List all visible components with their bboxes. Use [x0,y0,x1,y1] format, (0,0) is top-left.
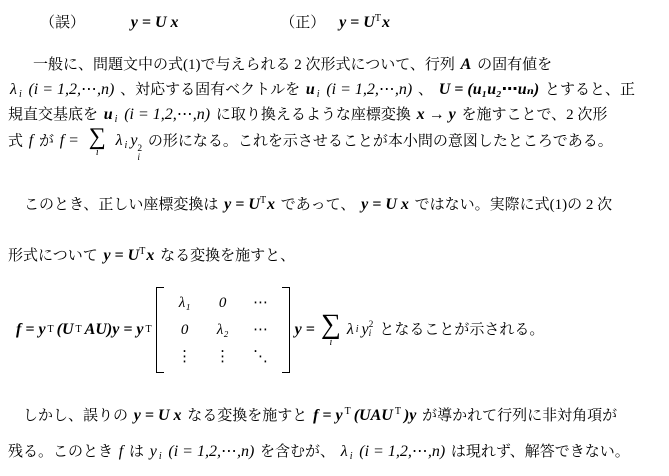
correct-formula-base: y = U [224,196,260,213]
correct-formula-base: y = U [339,14,375,31]
text-run: 形式について [8,248,98,264]
text-run: なる変換を施すと [187,408,307,424]
paragraph4-line2: 残る。このとき f は yi (i = 1,2,⋯,n) を含むが、 λi (i… [8,441,630,468]
y-symbol: y [150,443,157,460]
paragraph2-line2: λi (i = 1,2,⋯,n) 、対応する固有ベクトルを ui (i = 1,… [8,79,635,106]
U-column-formula: U = (u₁u₂⋯uₙ) [439,81,540,98]
text-run: このとき、正しい座標変換は [24,197,218,213]
formula-part: (U [57,319,74,341]
index-range: (i = 1,2,⋯,n) [28,81,114,98]
wrong-formula: y = U x [134,407,182,424]
correct-formula-x: x [267,196,275,213]
correct-formula-x: x [146,247,154,264]
text-run: を施すことで、2 次形 [461,107,607,123]
f-symbol: f [119,443,123,460]
formula-part: f = y [16,319,46,341]
y-sub-sup: 2i [369,321,374,339]
matrix-cell: 0 [219,292,227,314]
wrong-formula: y = U x [361,196,409,213]
index-range: (i = 1,2,⋯,n) [326,81,412,98]
display-formula: f = yT(UTAU)y = yT λ₁ 0 ⋯ 0 λ₂ ⋯ ⋮ ⋮ ⋱ y… [14,278,544,382]
text-run: であって、 [281,197,356,213]
transpose-superscript: T [76,319,82,341]
transpose-superscript: T [139,246,145,257]
transpose-superscript: T [260,195,266,206]
text-run: とすると、正 [545,82,635,98]
text-run: を含むが、 [260,444,335,460]
paragraph3-line1: このとき、正しい座標変換は y = UTx であって、 y = U x ではない… [24,190,612,216]
matrix-A-symbol: A [461,56,472,73]
text-run: 式 [8,133,23,149]
text-run: の固有値を [477,57,552,73]
coordinate-transform: x → y [417,106,456,123]
matrix-grid: λ₁ 0 ⋯ 0 λ₂ ⋯ ⋮ ⋮ ⋱ [164,287,282,373]
y-sub-sup: 2i [137,145,142,163]
summation-symbol: ∑i [89,126,106,158]
subscript-i: i [137,154,140,163]
matrix-cell: ⋯ [253,319,268,341]
text-run: 、対応する固有ベクトルを [120,82,300,98]
lambda-symbol: λ [116,132,123,149]
text-run: 残る。このとき [8,444,113,460]
lambda-symbol: λ [10,81,17,98]
matrix-cell: ⋯ [253,292,268,314]
transpose-superscript: T [395,406,401,417]
text-run: ではない。実際に式(1)の 2 次 [415,197,613,213]
u-symbol: u [306,81,315,98]
subscript-i: i [19,89,22,100]
matrix-cell: ⋮ [215,346,230,368]
subscript-i: i [356,319,359,341]
subscript-i: i [115,114,118,125]
sigma-icon: ∑ [321,312,341,338]
text-run: は現れず、解答できない。 [451,444,630,460]
text-run: となることが示される。 [379,319,544,341]
correct-formula: y = UTx [224,196,275,213]
document-page: （誤） y = U x （正） y = UTx 一般に、問題文中の式(1)で与え… [0,0,669,476]
formula-part: (UAU [354,407,393,424]
summation-symbol: ∑i [321,312,341,348]
summation-index: i [96,148,99,158]
matrix-cell: 0 [181,319,189,341]
formula-part: y = [295,319,315,341]
subscript-i: i [369,330,372,339]
index-range: (i = 1,2,⋯,n) [168,443,254,460]
wrong-formula: y = U x [131,14,179,31]
text-run: しかし、誤りの [23,408,128,424]
paragraph2-line1: 一般に、問題文中の式(1)で与えられる 2 次形式について、行列 A の固有値を [33,54,552,76]
text-run: 規直交基底を [8,107,98,123]
summation-index: i [329,338,332,348]
transpose-superscript: T [375,13,381,24]
transpose-superscript: T [48,319,54,341]
diagonal-matrix: λ₁ 0 ⋯ 0 λ₂ ⋯ ⋮ ⋮ ⋱ [156,287,290,373]
u-symbol: u [104,106,113,123]
lambda-symbol: λ [347,319,354,341]
subscript-i: i [350,451,353,462]
formula-part: AU)y = y [85,319,144,341]
correction-header-line: （誤） y = U x （正） y = UTx [40,8,392,34]
correct-formula: y = UTx [103,247,154,264]
matrix-cell: λ₁ [179,292,191,314]
text-run: が導かれて行列に非対角項が [422,408,617,424]
transpose-superscript: T [345,406,351,417]
correct-formula-x: x [382,14,390,31]
y-symbol: y [362,319,369,341]
lambda-symbol: λ [341,443,348,460]
right-bracket [282,287,290,373]
y-symbol: y [130,132,137,149]
paragraph3-line2: 形式について y = UTx なる変換を施すと、 [8,241,295,267]
text-run: の形になる。これを示させることが本小問の意図したところである。 [148,133,613,149]
paragraph2-line4: 式 f が f = ∑i λiy2i の形になる。これを示させることが本小問の意… [8,126,613,163]
correct-formula-base: y = U [103,247,139,264]
text-run: が [39,133,54,149]
f-symbol: f [29,132,33,149]
subscript-i: i [125,140,128,151]
matrix-cell: ⋱ [253,346,268,368]
left-bracket [156,287,164,373]
matrix-cell: ⋮ [177,346,192,368]
subscript-i: i [159,451,162,462]
matrix-cell: λ₂ [217,319,229,341]
paragraph4-line1: しかし、誤りの y = U x なる変換を施すと f = yT(UAUT)y が… [23,401,617,427]
wrong-label: （誤） [40,15,85,31]
formula-part: )y [404,407,416,424]
correct-label: （正） [280,15,325,31]
index-range: (i = 1,2,⋯,n) [124,106,210,123]
text-run: なる変換を施すと、 [160,248,295,264]
transpose-superscript: T [146,319,152,341]
sigma-icon: ∑ [89,126,106,148]
f-equals: f = [60,132,79,149]
formula-part: f = y [313,407,343,424]
text-run: は [129,444,144,460]
index-range: (i = 1,2,⋯,n) [359,443,445,460]
correct-formula: y = UTx [339,14,390,31]
subscript-i: i [317,89,320,100]
comma: 、 [418,82,433,98]
text-run: 一般に、問題文中の式(1)で与えられる 2 次形式について、行列 [33,57,455,73]
text-run: に取り換えるような座標変換 [216,107,411,123]
